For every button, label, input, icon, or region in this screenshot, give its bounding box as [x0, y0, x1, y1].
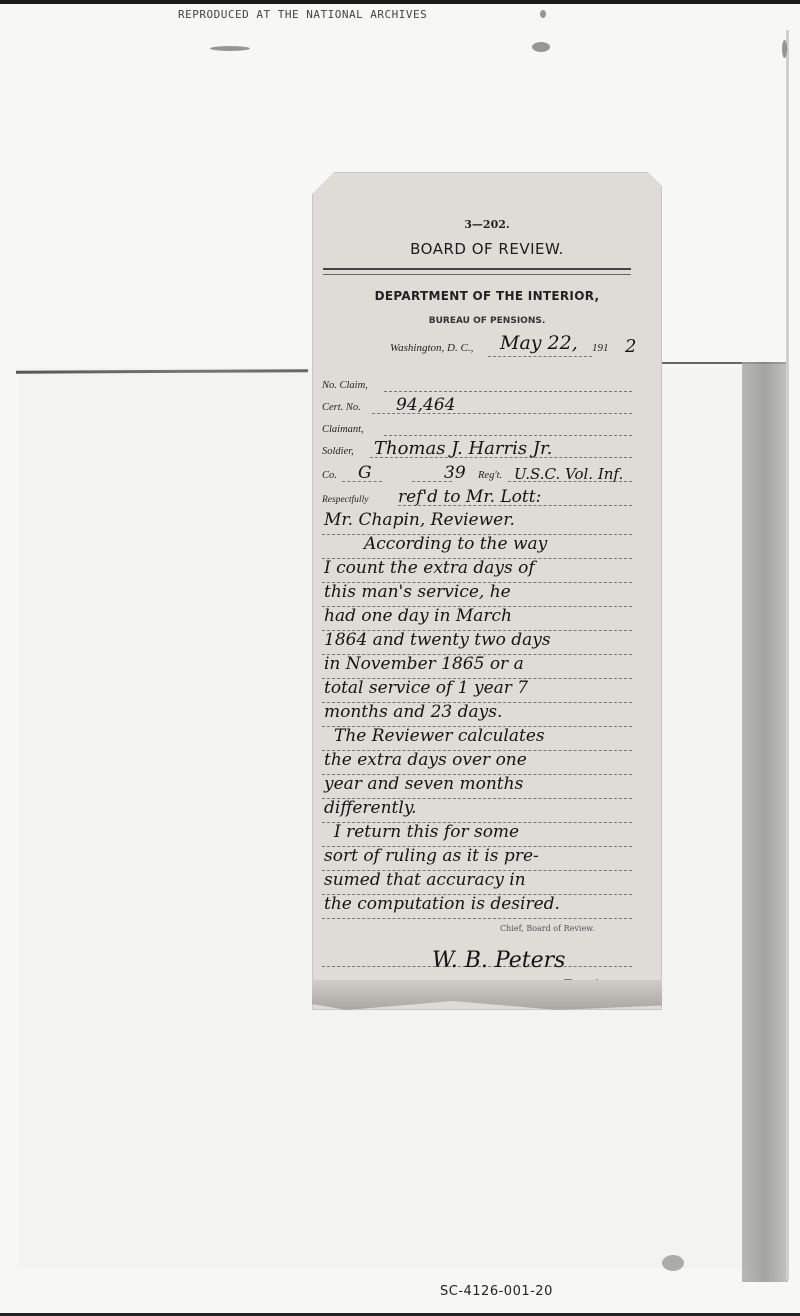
- note-line: The Reviewer calculates: [334, 726, 654, 746]
- note-line: total service of 1 year 7: [324, 678, 644, 698]
- note-line: I return this for some: [334, 822, 654, 842]
- note-line: months and 23 days.: [324, 702, 644, 722]
- torn-edge: [312, 980, 662, 1010]
- place-label: Washington, D. C.,: [390, 342, 473, 354]
- note-line: Mr. Chapin, Reviewer.: [324, 510, 644, 530]
- year-printed: 191: [592, 342, 609, 354]
- form-number: 3—202.: [312, 218, 662, 231]
- note-line: in November 1865 or a: [324, 654, 644, 674]
- date-handwritten: May 22,: [500, 332, 578, 354]
- respectfully-value: ref'd to Mr. Lott:: [398, 487, 541, 507]
- department-heading: DEPARTMENT OF THE INTERIOR,: [312, 289, 662, 303]
- note-line: had one day in March: [324, 606, 644, 626]
- file-number: SC-4126-001-20: [440, 1284, 553, 1299]
- folded-corner: [312, 172, 334, 194]
- note-line: year and seven months: [324, 774, 644, 794]
- co-label: Co.: [322, 470, 337, 481]
- scan-border-top: [0, 0, 800, 4]
- year-handwritten: 2: [625, 336, 636, 357]
- soldier-value: Thomas J. Harris Jr.: [374, 438, 552, 459]
- no-claim-rule: [384, 391, 632, 392]
- note-line: According to the way: [364, 534, 684, 554]
- cert-no-label: Cert. No.: [322, 402, 361, 413]
- cert-no-value: 94,464: [396, 395, 455, 415]
- chief-board-label: Chief, Board of Review.: [500, 924, 595, 933]
- folded-corner: [648, 172, 662, 186]
- slip-title: BOARD OF REVIEW.: [312, 240, 662, 258]
- respectfully-label: Respectfully: [322, 495, 368, 505]
- field-no-claim: No. Claim,: [322, 372, 632, 394]
- ink-smudge: [210, 46, 250, 51]
- ink-smudge: [662, 1255, 684, 1271]
- regt-value: U.S.C. Vol. Inf.: [514, 465, 623, 483]
- field-cert-no: Cert. No. 94,464: [322, 394, 632, 416]
- regt-number-value: 39: [444, 463, 466, 483]
- ink-smudge: [782, 40, 787, 58]
- note-line: this man's service, he: [324, 582, 644, 602]
- claimant-rule: [384, 435, 632, 436]
- archive-stamp: REPRODUCED AT THE NATIONAL ARCHIVES: [178, 8, 427, 21]
- signature: W. B. Peters: [432, 948, 565, 973]
- field-respectfully: Respectfully ref'd to Mr. Lott:: [322, 486, 632, 508]
- regt-label: Reg't.: [478, 470, 502, 481]
- ink-smudge: [540, 10, 546, 18]
- title-rule: [323, 268, 631, 275]
- board-of-review-slip: 3—202. BOARD OF REVIEW. DEPARTMENT OF TH…: [312, 172, 662, 1010]
- scan-shadow-strip: [742, 362, 788, 1282]
- note-line: 1864 and twenty two days: [324, 630, 644, 650]
- field-company-regiment: Co. G 39 Reg't. U.S.C. Vol. Inf.: [322, 462, 632, 484]
- note-line: I count the extra days of: [324, 558, 644, 578]
- no-claim-label: No. Claim,: [322, 380, 368, 391]
- soldier-label: Soldier,: [322, 446, 354, 457]
- bureau-heading: BUREAU OF PENSIONS.: [312, 316, 662, 326]
- claimant-label: Claimant,: [322, 424, 364, 435]
- note-line: differently.: [324, 798, 644, 818]
- field-claimant: Claimant,: [322, 416, 632, 438]
- note-line: the extra days over one: [324, 750, 644, 770]
- co-value: G: [358, 463, 372, 483]
- ruled-line: [322, 918, 632, 919]
- note-line: sort of ruling as it is pre-: [324, 846, 644, 866]
- field-soldier: Soldier, Thomas J. Harris Jr.: [322, 438, 632, 460]
- ink-smudge: [532, 42, 550, 52]
- date-rule: [488, 356, 592, 357]
- note-line: sumed that accuracy in: [324, 870, 644, 890]
- note-line: the computation is desired.: [324, 894, 644, 914]
- page-edge: [786, 30, 789, 1280]
